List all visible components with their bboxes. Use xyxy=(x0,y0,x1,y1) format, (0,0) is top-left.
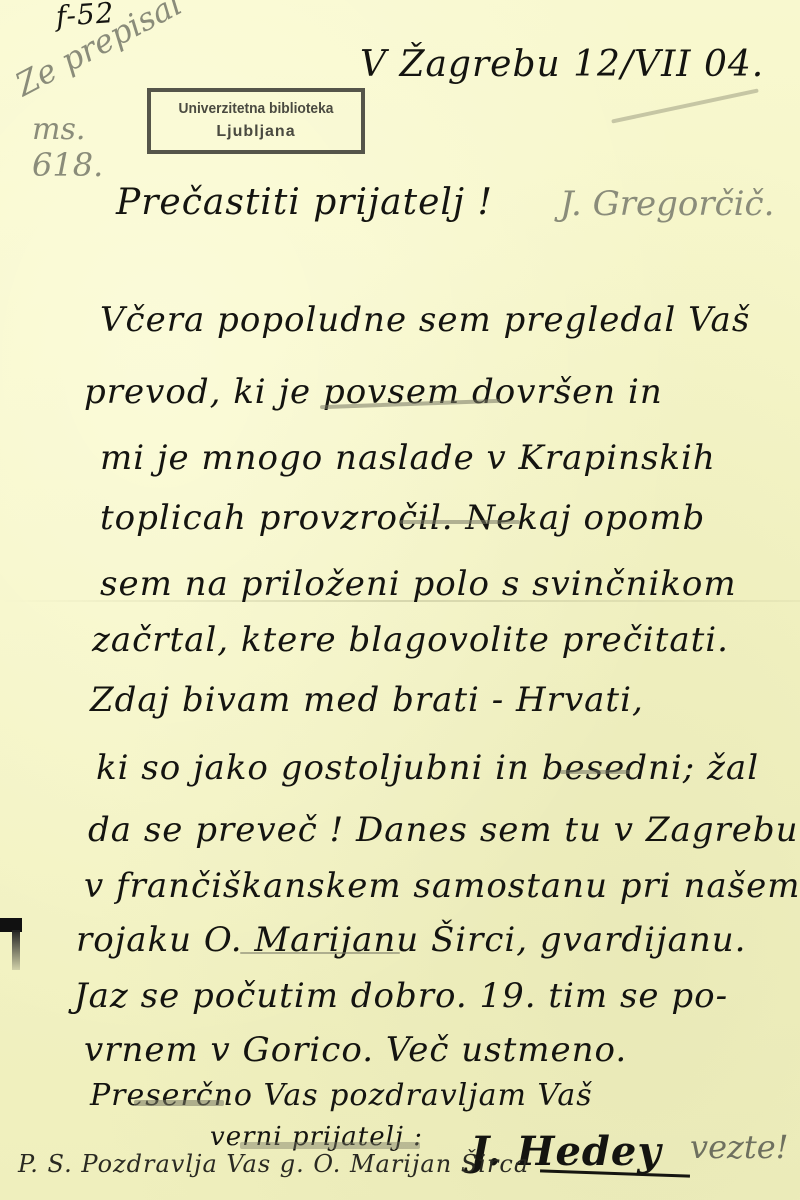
place-date: V Žagrebu 12/VII 04. xyxy=(360,44,764,85)
body-line-5: sem na priloženi polo s svinčnikom xyxy=(100,564,737,604)
postscript: P. S. Pozdravlja Vas g. O. Marijan Širca xyxy=(18,1150,529,1178)
pencil-strike xyxy=(240,1142,420,1149)
body-line-13: vrnem v Gorico. Več ustmeno. xyxy=(84,1030,627,1070)
body-line-1: Včera popoludne sem pregledal Vaš xyxy=(100,300,750,340)
body-line-14: Preserčno Vas pozdravljam Vaš xyxy=(90,1078,593,1113)
salutation: Prečastiti prijatelj ! xyxy=(116,182,493,223)
body-line-11: rojaku O. Marijanu Širci, gvardijanu. xyxy=(76,920,746,960)
pencil-underline-marijanu xyxy=(240,952,400,954)
stamp-line-library: Univerzitetna biblioteka xyxy=(159,100,352,117)
pencil-underline-besedni xyxy=(560,770,630,774)
stamp-line-city: Ljubljana xyxy=(151,123,361,141)
body-line-6: začrtal, ktere blagovolite prečitati. xyxy=(92,620,729,660)
body-line-7: Zdaj bivam med brati - Hrvati, xyxy=(90,680,644,720)
pencil-underline-preserčno xyxy=(134,1100,224,1106)
manuscript-number: 618. xyxy=(32,146,103,184)
library-stamp: Univerzitetna biblioteka Ljubljana xyxy=(147,88,365,154)
body-line-8: ki so jako gostoljubni in besedni; žal xyxy=(96,748,759,788)
body-line-3: mi je mnogo naslade v Krapinskih xyxy=(100,438,716,478)
body-line-4: toplicah provzročil. Nekaj opomb xyxy=(100,498,705,538)
margin-ink-drip xyxy=(12,930,20,970)
manuscript-label: ms. xyxy=(32,112,85,147)
pencil-underline-nekaj xyxy=(400,520,520,524)
body-line-12: Jaz se počutim dobro. 19. tim se po- xyxy=(74,976,728,1016)
body-line-9: da se preveč ! Danes sem tu v Zagrebu xyxy=(88,810,799,850)
pencil-note-vezte: vezte! xyxy=(690,1128,789,1166)
salutation-pencil-name: J. Gregorčič. xyxy=(560,184,774,224)
body-line-10: v frančiškanskem samostanu pri našem xyxy=(84,866,800,906)
